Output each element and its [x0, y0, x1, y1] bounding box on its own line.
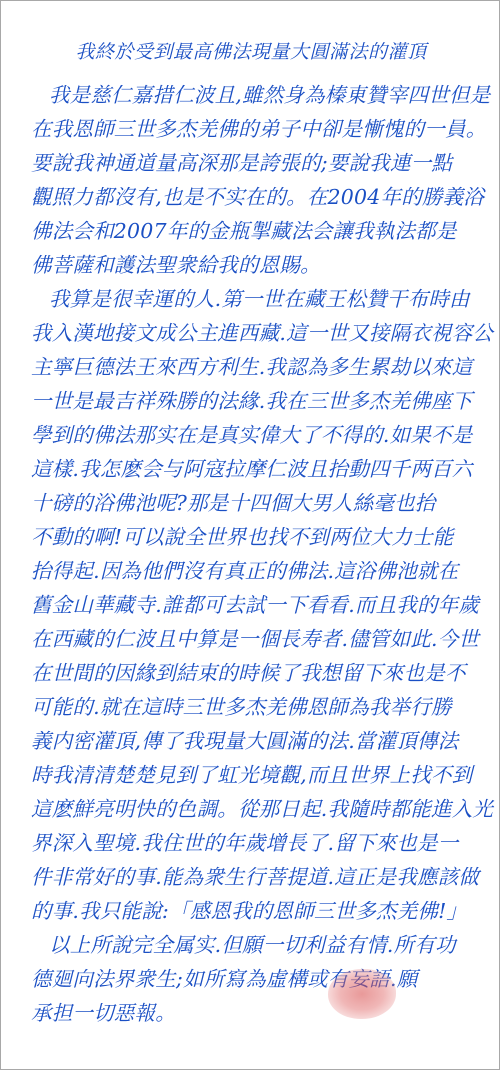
letter-line: 我入漢地接文成公主進西藏.這一世又接隔衣視容公 [31, 317, 475, 349]
letter-line: 我算是很幸運的人.第一世在藏王松贊干布時由 [49, 283, 475, 315]
letter-line: 在世間的因緣到結束的時候了我想留下來也是不 [31, 657, 475, 689]
letter-line: 在我恩師三世多杰羌佛的弟子中卻是慚愧的一員。 [31, 113, 475, 145]
letter-line: 這麽鮮亮明快的色調。從那日起.我隨時都能進入光 [31, 793, 475, 825]
letter-line: 德廻向法界衆生;如所寫為虛構或有妄語.願 [31, 963, 475, 995]
letter-line: 承担一切惡報。 [31, 997, 475, 1029]
letter-line: 在西藏的仁波且中算是一個長寿者.儘管如此.今世 [31, 623, 475, 655]
letter-line: 佛法会和2007年的金瓶掣藏法会讓我執法都是 [31, 215, 475, 247]
letter-line: 一世是最吉祥殊勝的法緣.我在三世多杰羌佛座下 [31, 385, 475, 417]
letter-line: 義内密灌頂,傳了我現量大圓滿的法.當灌頂傳法 [31, 725, 475, 757]
letter-line: 時我清清楚楚見到了虹光境觀,而且世界上找不到 [31, 759, 475, 791]
letter-line: 舊金山華藏寺.誰都可去試一下看看.而且我的年歲 [31, 589, 475, 621]
letter-line: 觀照力都沒有,也是不实在的。在2004年的勝義浴 [31, 181, 475, 213]
letter-line: 十磅的浴佛池呢?那是十四個大男人絲毫也抬 [31, 487, 475, 519]
letter-line: 抬得起.因為他們沒有真正的佛法.這浴佛池就在 [31, 555, 475, 587]
letter-line: 的事.我只能說:「感恩我的恩師三世多杰羌佛!」 [31, 895, 475, 927]
letter-page: 我終於受到最高佛法現量大圓滿法的灌頂 我是慈仁嘉措仁波且,雖然身為榛東贊宰四世但… [0, 0, 500, 1070]
letter-line: 主寧巨德法王來西方利生.我認為多生累劫以來這 [31, 351, 475, 383]
letter-line: 這樣.我怎麽会与阿寇拉摩仁波且抬動四千两百六 [31, 453, 475, 485]
letter-line: 件非常好的事.能為衆生行菩提道.這正是我應該做 [31, 861, 475, 893]
letter-title: 我終於受到最高佛法現量大圓滿法的灌頂 [1, 37, 500, 64]
letter-line: 佛菩薩和護法聖衆給我的恩賜。 [31, 249, 475, 281]
letter-line: 要說我神通道量高深那是誇張的;要說我連一點 [31, 147, 475, 179]
letter-line: 可能的.就在這時三世多杰羌佛恩師為我举行勝 [31, 691, 475, 723]
letter-line: 界深入聖境.我住世的年歲增長了.留下來也是一 [31, 827, 475, 859]
letter-line: 學到的佛法那实在是真实偉大了不得的.如果不是 [31, 419, 475, 451]
red-thumbprint-seal [328, 969, 396, 1019]
letter-line: 我是慈仁嘉措仁波且,雖然身為榛東贊宰四世但是 [49, 79, 475, 111]
letter-line: 以上所說完全属实.但願一切利益有情.所有功 [49, 929, 475, 961]
letter-line: 不動的啊!可以說全世界也找不到两位大力士能 [31, 521, 475, 553]
